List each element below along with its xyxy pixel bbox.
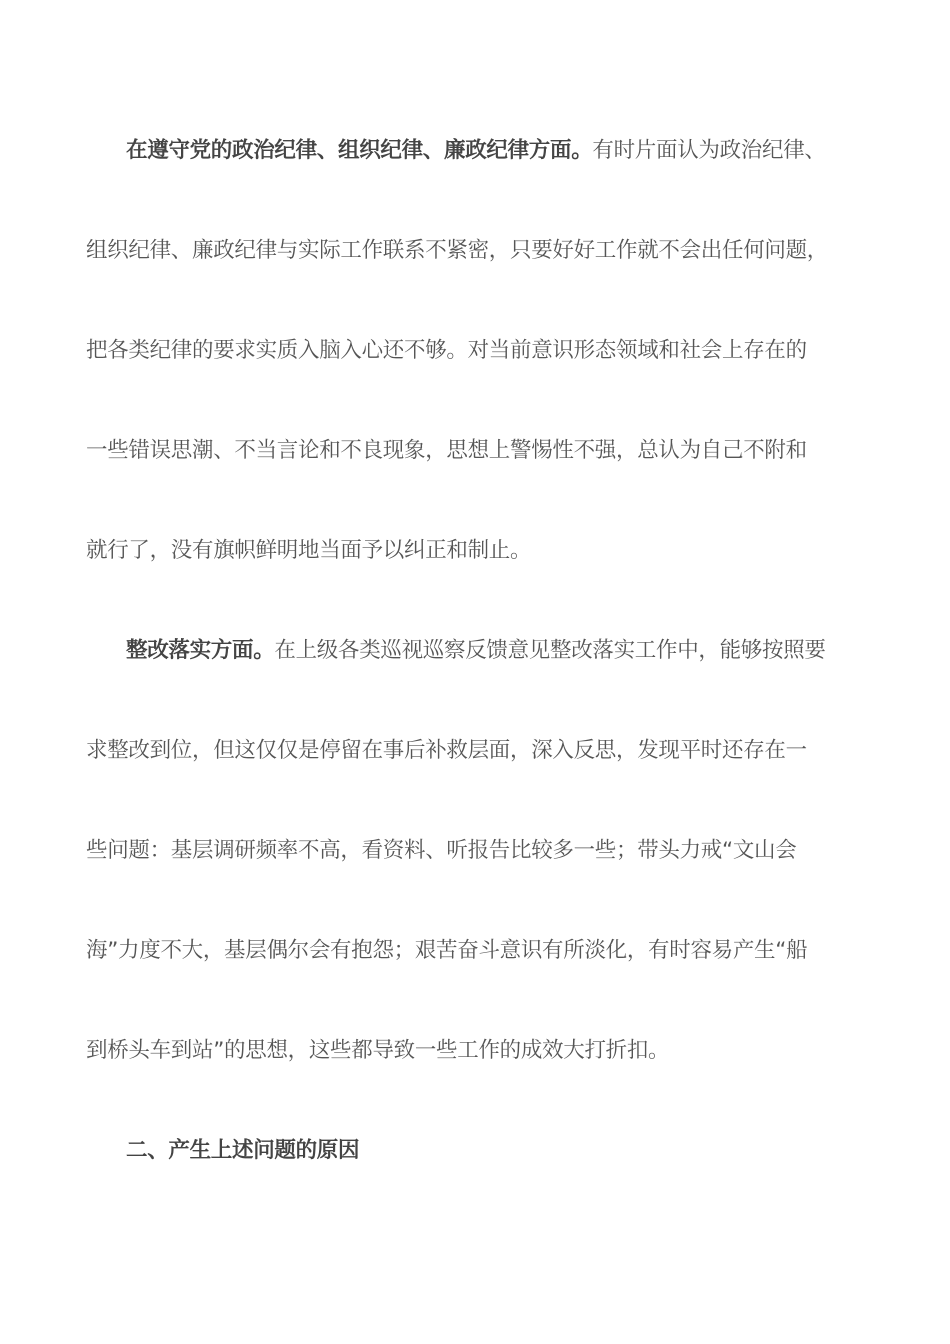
paragraph-rectification-line-2: 求整改到位，但这仅仅是停留在事后补救层面，深入反思，发现平时还存在一 [86, 737, 807, 765]
paragraph-discipline-line-1: 在遵守党的政治纪律、组织纪律、廉政纪律方面。有时片面认为政治纪律、 [126, 137, 826, 165]
paragraph-rectification-line-4: 海”力度不大，基层偶尔会有抱怨；艰苦奋斗意识有所淡化，有时容易产生“船 [86, 937, 807, 965]
paragraph-discipline-line-4: 一些错误思潮、不当言论和不良现象，思想上警惕性不强，总认为自己不附和 [86, 437, 807, 465]
paragraph-rectification-line-3: 些问题：基层调研频率不高，看资料、听报告比较多一些；带头力戒“文山会 [86, 837, 796, 865]
paragraph-text: 有时片面认为政治纪律、 [592, 138, 825, 163]
document-page: 在遵守党的政治纪律、组织纪律、廉政纪律方面。有时片面认为政治纪律、 组织纪律、廉… [0, 0, 950, 1344]
paragraph-rectification-line-5: 到桥头车到站”的思想，这些都导致一些工作的成效大打折扣。 [86, 1037, 669, 1065]
paragraph-rectification-line-1: 整改落实方面。在上级各类巡视巡察反馈意见整改落实工作中，能够按照要 [126, 637, 826, 665]
section-heading: 二、产生上述问题的原因 [126, 1137, 359, 1165]
paragraph-discipline-line-5: 就行了，没有旗帜鲜明地当面予以纠正和制止。 [86, 537, 531, 565]
paragraph-discipline-line-2: 组织纪律、廉政纪律与实际工作联系不紧密，只要好好工作就不会出任何问题， [86, 237, 828, 265]
paragraph-text: 在上级各类巡视巡察反馈意见整改落实工作中，能够按照要 [274, 638, 825, 663]
paragraph-lead-bold: 整改落实方面。 [126, 638, 274, 663]
paragraph-lead-bold: 在遵守党的政治纪律、组织纪律、廉政纪律方面。 [126, 138, 592, 163]
paragraph-discipline-line-3: 把各类纪律的要求实质入脑入心还不够。对当前意识形态领域和社会上存在的 [86, 337, 807, 365]
